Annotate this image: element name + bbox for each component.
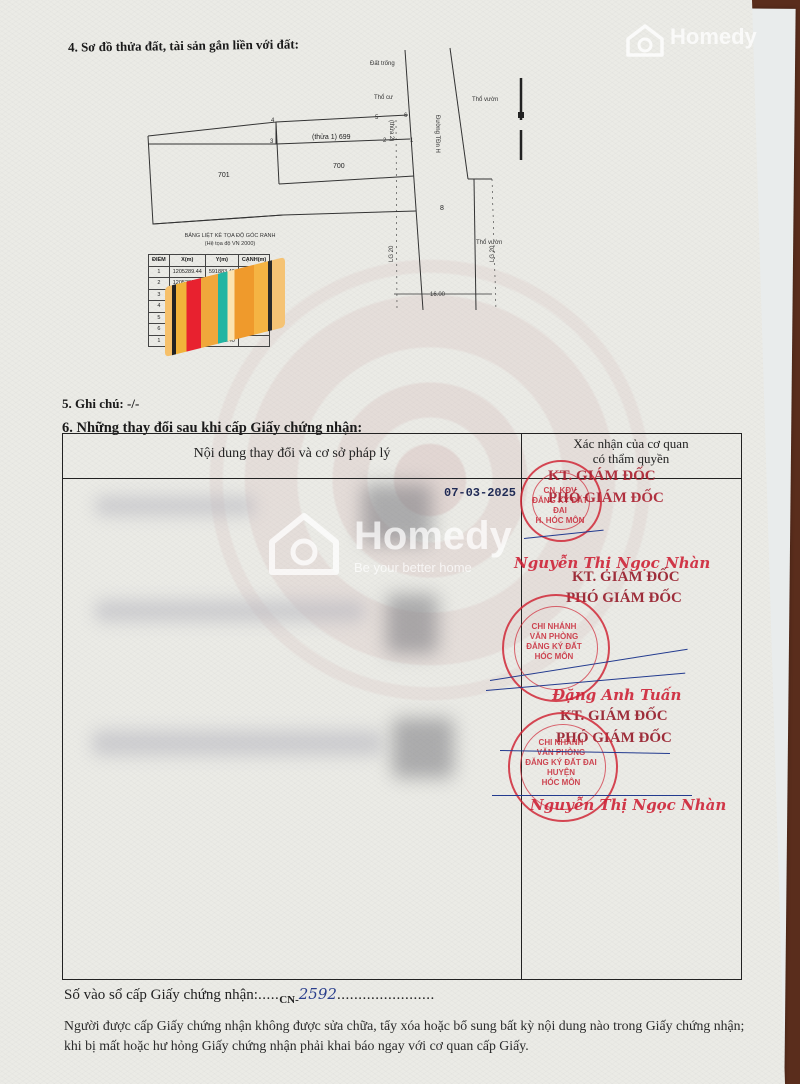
svg-text:Thổ cư: Thổ cư: [374, 94, 393, 101]
svg-text:5: 5: [375, 115, 379, 121]
registry-prefix: CN-: [279, 994, 299, 1006]
date-stamp: 07-03-2025: [444, 486, 516, 500]
svg-text:700: 700: [333, 163, 345, 170]
redacted-text: [95, 600, 365, 622]
stamp-title: KT. GIÁM ĐỐC: [548, 468, 656, 485]
house-logo-icon: [624, 22, 666, 58]
signer-name: Nguyễn Thị Ngọc Nhàn: [530, 796, 726, 814]
svg-text:(thửa 2): (thửa 2): [388, 120, 395, 141]
house-logo-icon: [266, 508, 342, 578]
certificate-notice: Người được cấp Giấy chứng nhận không đượ…: [64, 1016, 754, 1056]
stamp-title: KT. GIÁM ĐỐC: [572, 569, 680, 586]
svg-text:1: 1: [410, 138, 414, 144]
registry-label: Số vào sổ cấp Giấy chứng nhận:: [64, 987, 258, 1003]
svg-text:LG 20: LG 20: [389, 245, 395, 262]
redacted-text: [92, 730, 382, 756]
svg-text:2: 2: [383, 138, 387, 144]
coord-table-caption: BẢNG LIỆT KÊ TỌA ĐỘ GÓC RANH (Hệ tọa độ …: [160, 232, 300, 248]
svg-text:16.00: 16.00: [430, 292, 446, 298]
redacted-block: [386, 594, 438, 654]
section-5-note: 5. Ghi chú: -/-: [62, 396, 139, 412]
svg-text:4: 4: [271, 118, 275, 124]
svg-text:6: 6: [404, 113, 408, 119]
certificate-page: 4. Sơ đồ thửa đất, tài sản gắn liền với …: [0, 0, 785, 1084]
svg-text:(thửa 1) 699: (thửa 1) 699: [312, 133, 351, 141]
registry-number-line: Số vào sổ cấp Giấy chứng nhận:.....CN-25…: [64, 985, 435, 1006]
registry-number: 2592: [299, 985, 337, 1003]
svg-text:Đất trống: Đất trống: [370, 61, 395, 67]
svg-text:Thổ vườn: Thổ vườn: [472, 96, 498, 103]
svg-text:701: 701: [218, 172, 230, 179]
svg-text:Đường TĐn H: Đường TĐn H: [434, 115, 440, 153]
redacted-block: [392, 718, 454, 778]
seal-text: CHI NHÁNH VĂN PHÒNG ĐĂNG KÝ ĐẤT ĐAI HUYỆ…: [522, 738, 600, 788]
signer-name: Đặng Anh Tuấn: [552, 686, 681, 704]
svg-text:8: 8: [440, 205, 444, 212]
redacted-text: [95, 496, 255, 516]
svg-text:LG 20: LG 20: [490, 245, 496, 262]
svg-text:Thổ vườn: Thổ vườn: [476, 239, 502, 246]
seal-text: CHI NHÁNH VĂN PHÒNG ĐĂNG KÝ ĐẤT HÓC MÔN: [516, 622, 592, 662]
col-header-content: Nội dung thay đổi và cơ sở pháp lý: [63, 446, 521, 462]
north-arrow-icon: [518, 78, 524, 160]
stamp-subtitle: PHÓ GIÁM ĐỐC: [548, 490, 664, 507]
